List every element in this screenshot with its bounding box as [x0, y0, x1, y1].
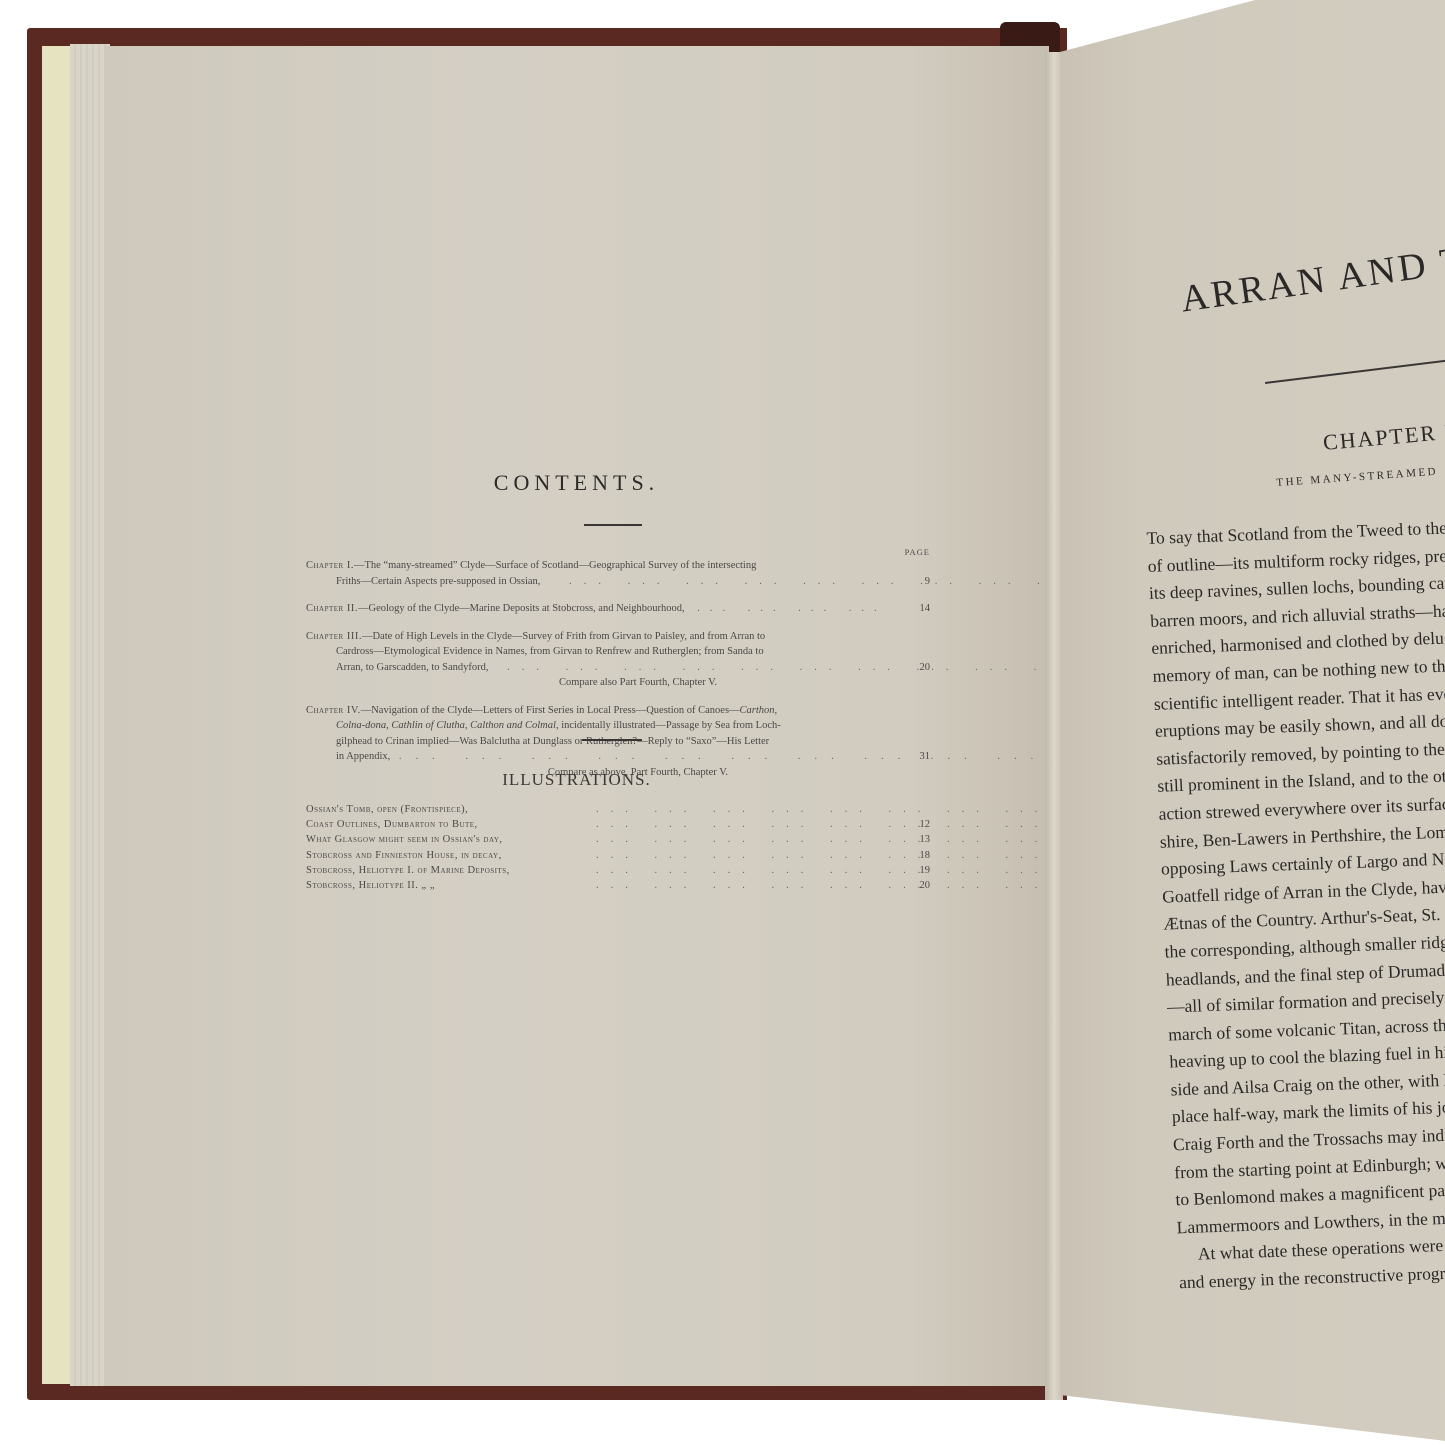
chapter-text-line: —Navigation of the Clyde—Letters of Firs…: [361, 705, 740, 716]
chapter-text-line: —The “many-streamed” Clyde—Surface of Sc…: [354, 560, 756, 571]
page-number: 9: [925, 574, 930, 590]
leader-dots: ... ... ... ...: [697, 603, 886, 614]
section-rule: [582, 739, 642, 741]
illustration-item: Coast Outlines, Dumbarton to Bute, ... .…: [306, 817, 930, 832]
chapter-body-text: To say that Scotland from the Tweed to t…: [1146, 510, 1445, 1297]
chapter-text-italic: Carthon,: [740, 705, 778, 716]
illustration-item: What Glasgow might seem in Ossian's day,…: [306, 832, 930, 847]
chapter-text-line: —Geology of the Clyde—Marine Deposits at…: [358, 603, 685, 614]
illustrations-list: Ossian's Tomb, open (Frontispiece), ... …: [306, 802, 930, 893]
page-number: 14: [920, 601, 931, 617]
page-number: 31: [920, 749, 931, 765]
chapter-label: Chapter II.: [306, 603, 358, 614]
chapter-text-line: Cardross—Etymological Evidence in Names,…: [336, 646, 764, 657]
chapter-text-line: in Appendix,: [336, 751, 390, 762]
leader-dots: ... ... ... ... ... ... ... ... ... ... …: [507, 662, 1136, 673]
chapter-text-line: Arran, to Garscadden, to Sandyford,: [336, 662, 489, 673]
chapter-label: Chapter I.: [306, 560, 354, 571]
toc-entry-chapter-4: Chapter IV.—Navigation of the Clyde—Lett…: [306, 703, 930, 781]
chapter-label: Chapter IV.: [306, 705, 361, 716]
toc-entry-chapter-2: Chapter II.—Geology of the Clyde—Marine …: [306, 601, 930, 617]
illustration-item: Ossian's Tomb, open (Frontispiece), ... …: [306, 802, 930, 817]
page-number: 13: [920, 832, 931, 847]
illustration-title: What Glasgow might seem in Ossian's day,: [306, 834, 503, 845]
page-number: 20: [920, 660, 931, 676]
title-rule: [1265, 353, 1445, 384]
illustration-title: Stobcross, Heliotype I. of Marine Deposi…: [306, 865, 510, 876]
illustration-title: Coast Outlines, Dumbarton to Bute,: [306, 819, 478, 830]
page-column-header: PAGE: [306, 546, 930, 558]
cross-reference-note: Compare also Part Fourth, Chapter V.: [306, 675, 930, 691]
page-number: 19: [920, 863, 931, 878]
table-of-contents: PAGE Chapter I.—The “many-streamed” Clyd…: [306, 546, 930, 792]
book-title: ARRAN AND TH: [1178, 234, 1445, 322]
left-page: CONTENTS. PAGE Chapter I.—The “many-stre…: [104, 46, 1049, 1386]
illustration-item: Stobcross and Finnieston House, in decay…: [306, 848, 930, 863]
page-number: 12: [920, 817, 931, 832]
contents-heading: CONTENTS.: [104, 470, 1049, 496]
chapter-text-line: Friths—Certain Aspects pre-supposed in O…: [336, 576, 540, 587]
chapter-text-line: , incidentally illustrated—Passage by Se…: [556, 720, 781, 731]
chapter-label: Chapter III.: [306, 631, 362, 642]
chapter-text-line: —Date of High Levels in the Clyde—Survey…: [362, 631, 765, 642]
chapter-heading: CHAPTER I: [1322, 419, 1445, 456]
illustration-title: Stobcross and Finnieston House, in decay…: [306, 850, 502, 861]
chapter-text-line: gilphead to Crinan implied—Was Balclutha…: [336, 736, 769, 747]
page-number: 18: [920, 848, 931, 863]
contents-rule: [584, 524, 642, 526]
illustrations-heading: ILLUSTRATIONS.: [104, 770, 1049, 790]
right-page-content: ARRAN AND TH CHAPTER I THE MANY-STREAMED…: [1060, 0, 1445, 1445]
illustration-title: Stobcross, Heliotype II. „ „: [306, 880, 435, 891]
page-number: 20: [920, 878, 931, 893]
toc-entry-chapter-1: Chapter I.—The “many-streamed” Clyde—Sur…: [306, 558, 930, 589]
illustration-item: Stobcross, Heliotype II. „ „ ... ... ...…: [306, 878, 930, 893]
chapter-text-italic: Colna-dona, Cathlin of Clutha, Calthon a…: [336, 720, 556, 731]
illustration-item: Stobcross, Heliotype I. of Marine Deposi…: [306, 863, 930, 878]
toc-entry-chapter-3: Chapter III.—Date of High Levels in the …: [306, 629, 930, 691]
illustration-title: Ossian's Tomb, open (Frontispiece),: [306, 804, 468, 815]
chapter-subtitle: THE MANY-STREAMED: [1276, 466, 1438, 489]
